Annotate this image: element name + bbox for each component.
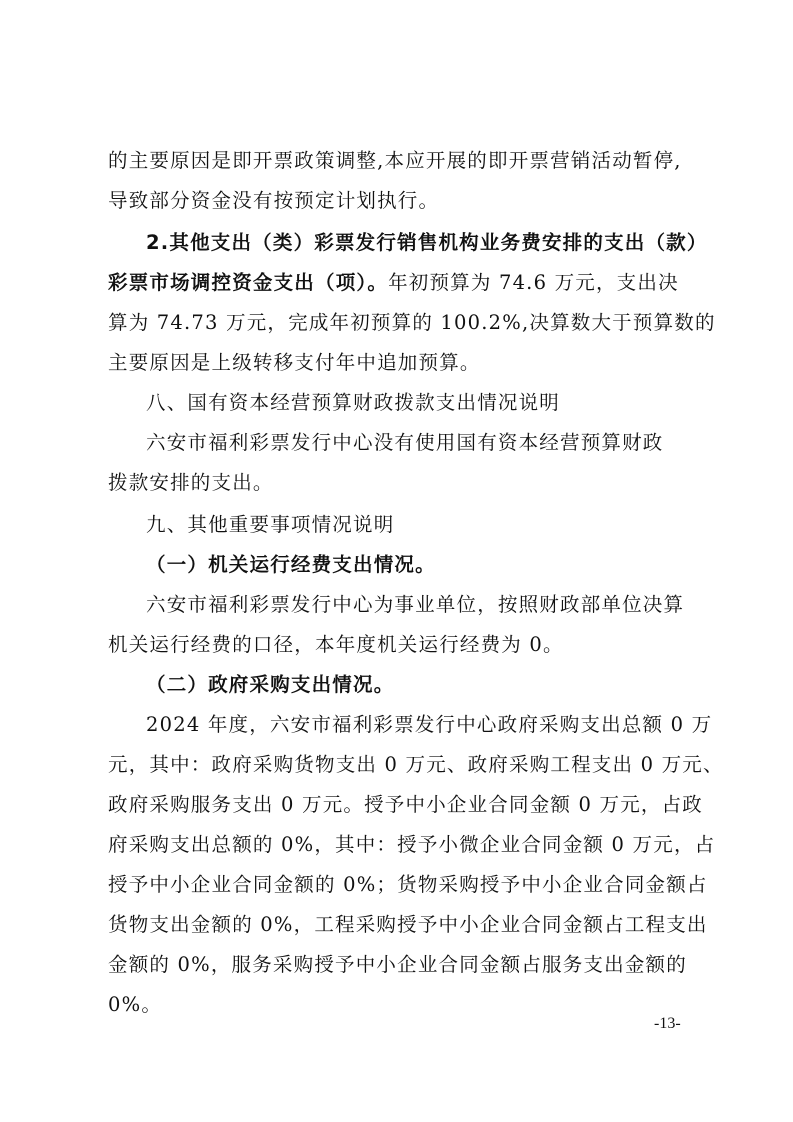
- paragraph-line: 主要原因是上级转移支付年中追加预算。: [108, 348, 481, 378]
- paragraph-line: 彩票市场调控资金支出（项）。年初预算为 74.6 万元，支出决: [108, 268, 679, 298]
- paragraph-line: 的主要原因是即开票政策调整,本应开展的即开票营销活动暂停,: [108, 146, 682, 176]
- paragraph-line: 六安市福利彩票发行中心为事业单位，按照财政部单位决算: [146, 590, 684, 620]
- paragraph-line: 金额的 0%，服务采购授予中小企业合同金额占服务支出金额的: [108, 950, 687, 980]
- subsection-heading-2: （二）政府采购支出情况。: [146, 670, 394, 700]
- paragraph-line: 六安市福利彩票发行中心没有使用国有资本经营预算财政: [146, 428, 664, 458]
- page-number: -13-: [654, 1015, 681, 1033]
- paragraph-text: 年初预算为 74.6 万元，支出决: [388, 271, 679, 294]
- paragraph-line: 元，其中：政府采购货物支出 0 万元、政府采购工程支出 0 万元、: [108, 750, 724, 780]
- paragraph-line: 政府采购服务支出 0 万元。授予中小企业合同金额 0 万元，占政: [108, 790, 703, 820]
- subsection-heading-cont: 彩票市场调控资金支出（项）。: [108, 271, 388, 294]
- section-heading-8: 八、国有资本经营预算财政拨款支出情况说明: [146, 388, 560, 418]
- paragraph-line: 导致部分资金没有按预定计划执行。: [108, 186, 439, 216]
- document-page: 的主要原因是即开票政策调整,本应开展的即开票营销活动暂停, 导致部分资金没有按预…: [0, 0, 793, 1122]
- paragraph-line: 机关运行经费的口径，本年度机关运行经费为 0。: [108, 630, 564, 660]
- paragraph-line: 拨款安排的支出。: [108, 468, 274, 498]
- paragraph-line: 授予中小企业合同金额的 0%；货物采购授予中小企业合同金额占: [108, 870, 708, 900]
- subsection-heading: 2.其他支出（类）彩票发行销售机构业务费安排的支出（款）: [146, 228, 708, 258]
- paragraph-line: 算为 74.73 万元，完成年初预算的 100.2%,决算数大于预算数的: [108, 308, 716, 338]
- subsection-heading-1: （一）机关运行经费支出情况。: [146, 550, 436, 580]
- paragraph-line: 2024 年度，六安市福利彩票发行中心政府采购支出总额 0 万: [146, 710, 712, 740]
- paragraph-line: 0%。: [108, 990, 162, 1020]
- paragraph-line: 府采购支出总额的 0%，其中：授予小微企业合同金额 0 万元，占: [108, 830, 715, 860]
- section-heading-9: 九、其他重要事项情况说明: [146, 510, 394, 540]
- paragraph-line: 货物支出金额的 0%，工程采购授予中小企业合同金额占工程支出: [108, 910, 708, 940]
